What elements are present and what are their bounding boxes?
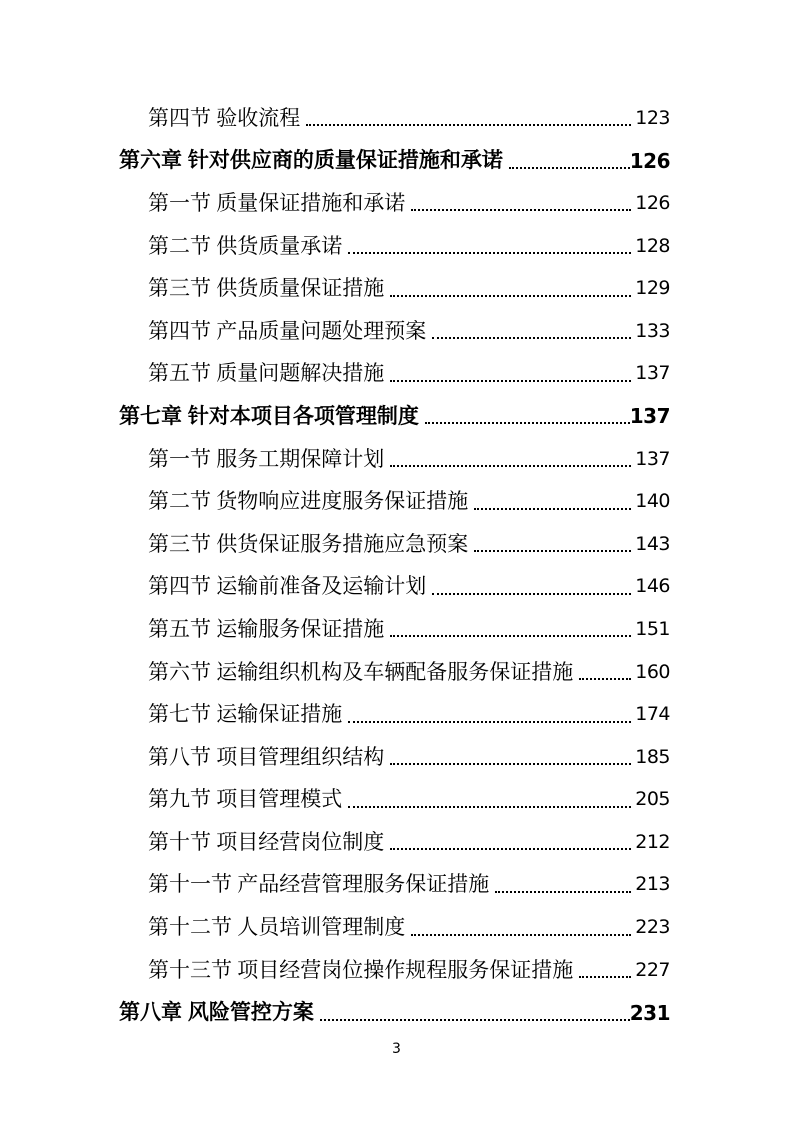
toc-entry-page: 213 xyxy=(635,875,670,894)
dot-leader xyxy=(411,934,631,936)
toc-entry[interactable]: 第六节 运输组织机构及车辆配备服务保证措施 160 xyxy=(119,651,670,694)
toc-entry-label[interactable]: 第十二节 人员培训管理制度 xyxy=(148,917,405,938)
toc-entry[interactable]: 第三节 供货保证服务措施应急预案 143 xyxy=(119,523,670,566)
toc-entry-label[interactable]: 第九节 项目管理模式 xyxy=(148,789,342,810)
dot-leader xyxy=(579,976,631,978)
toc-entry-label[interactable]: 第四节 验收流程 xyxy=(148,108,300,129)
toc-entry-label[interactable]: 第二节 货物响应进度服务保证措施 xyxy=(148,491,468,512)
toc-entry-label[interactable]: 第三节 供货质量保证措施 xyxy=(148,278,384,299)
toc-entry-label[interactable]: 第八章 风险管控方案 xyxy=(119,1002,314,1023)
toc-entry-page: 227 xyxy=(635,961,670,980)
toc-entry-page: 146 xyxy=(635,577,670,596)
toc-entry-page: 137 xyxy=(635,450,670,469)
toc-entry[interactable]: 第二节 货物响应进度服务保证措施 140 xyxy=(119,480,670,523)
toc-entry-label[interactable]: 第一节 服务工期保障计划 xyxy=(148,449,384,470)
footer-page-number: 3 xyxy=(392,1041,401,1057)
toc-entry[interactable]: 第四节 运输前准备及运输计划 146 xyxy=(119,566,670,609)
toc-entry-label[interactable]: 第十三节 项目经营岗位操作规程服务保证措施 xyxy=(148,960,573,981)
toc-entry-label[interactable]: 第八节 项目管理组织结构 xyxy=(148,747,384,768)
toc-entry[interactable]: 第三节 供货质量保证措施 129 xyxy=(119,267,670,310)
toc-entry[interactable]: 第八章 风险管控方案 231 xyxy=(119,991,670,1034)
toc-entry[interactable]: 第十三节 项目经营岗位操作规程服务保证措施 227 xyxy=(119,949,670,992)
toc-entry-page: 185 xyxy=(635,748,670,767)
dot-leader xyxy=(306,124,631,126)
dot-leader xyxy=(390,295,631,297)
dot-leader xyxy=(390,635,631,637)
toc-entry-label[interactable]: 第六节 运输组织机构及车辆配备服务保证措施 xyxy=(148,662,573,683)
toc-entry-page: 123 xyxy=(635,109,670,128)
dot-leader xyxy=(425,422,630,424)
toc-entry[interactable]: 第一节 服务工期保障计划 137 xyxy=(119,438,670,481)
toc-entry[interactable]: 第十节 项目经营岗位制度 212 xyxy=(119,821,670,864)
dot-leader xyxy=(390,848,631,850)
dot-leader xyxy=(432,337,631,339)
toc-entry-page: 137 xyxy=(630,406,670,426)
toc-entry-label[interactable]: 第十节 项目经营岗位制度 xyxy=(148,832,384,853)
toc-entry-page: 126 xyxy=(635,194,670,213)
toc-entry[interactable]: 第七节 运输保证措施 174 xyxy=(119,693,670,736)
toc-entry-page: 160 xyxy=(635,663,670,682)
document-page: 第四节 验收流程 123 第六章 针对供应商的质量保证措施和承诺 126 第一节… xyxy=(0,0,793,1122)
toc-entry-label[interactable]: 第十一节 产品经营管理服务保证措施 xyxy=(148,874,489,895)
toc-entry[interactable]: 第六章 针对供应商的质量保证措施和承诺 126 xyxy=(119,140,670,183)
toc-entry-page: 231 xyxy=(630,1003,670,1023)
toc-entry[interactable]: 第四节 验收流程 123 xyxy=(119,97,670,140)
toc-entry-label[interactable]: 第六章 针对供应商的质量保证措施和承诺 xyxy=(119,150,503,171)
toc-entry-label[interactable]: 第三节 供货保证服务措施应急预案 xyxy=(148,534,468,555)
toc-entry-page: 174 xyxy=(635,705,670,724)
toc-entry[interactable]: 第一节 质量保证措施和承诺 126 xyxy=(119,182,670,225)
toc-entry[interactable]: 第十二节 人员培训管理制度 223 xyxy=(119,906,670,949)
dot-leader xyxy=(390,763,631,765)
dot-leader xyxy=(320,1019,630,1021)
toc-entry[interactable]: 第十一节 产品经营管理服务保证措施 213 xyxy=(119,864,670,907)
toc-entry-page: 205 xyxy=(635,790,670,809)
toc-entry[interactable]: 第九节 项目管理模式 205 xyxy=(119,779,670,822)
dot-leader xyxy=(348,252,631,254)
dot-leader xyxy=(411,209,631,211)
dot-leader xyxy=(390,380,631,382)
table-of-contents: 第四节 验收流程 123 第六章 针对供应商的质量保证措施和承诺 126 第一节… xyxy=(119,97,670,1034)
toc-entry-label[interactable]: 第二节 供货质量承诺 xyxy=(148,236,342,257)
toc-entry-page: 133 xyxy=(635,322,670,341)
dot-leader xyxy=(474,508,631,510)
dot-leader xyxy=(432,593,631,595)
toc-entry-label[interactable]: 第七章 针对本项目各项管理制度 xyxy=(119,406,419,427)
toc-entry-page: 129 xyxy=(635,279,670,298)
page-footer: 3 xyxy=(0,1040,793,1058)
dot-leader xyxy=(509,167,630,169)
toc-entry-page: 126 xyxy=(630,151,670,171)
toc-entry-label[interactable]: 第五节 运输服务保证措施 xyxy=(148,619,384,640)
toc-entry[interactable]: 第七章 针对本项目各项管理制度 137 xyxy=(119,395,670,438)
toc-entry-page: 212 xyxy=(635,833,670,852)
dot-leader xyxy=(474,550,631,552)
toc-entry-page: 223 xyxy=(635,918,670,937)
toc-entry-label[interactable]: 第四节 运输前准备及运输计划 xyxy=(148,576,426,597)
toc-entry-label[interactable]: 第四节 产品质量问题处理预案 xyxy=(148,321,426,342)
toc-entry-page: 128 xyxy=(635,237,670,256)
toc-entry-label[interactable]: 第一节 质量保证措施和承诺 xyxy=(148,193,405,214)
toc-entry-page: 140 xyxy=(635,492,670,511)
toc-entry[interactable]: 第八节 项目管理组织结构 185 xyxy=(119,736,670,779)
dot-leader xyxy=(495,891,631,893)
toc-entry-label[interactable]: 第七节 运输保证措施 xyxy=(148,704,342,725)
toc-entry-label[interactable]: 第五节 质量问题解决措施 xyxy=(148,363,384,384)
toc-entry[interactable]: 第四节 产品质量问题处理预案 133 xyxy=(119,310,670,353)
toc-entry[interactable]: 第五节 质量问题解决措施 137 xyxy=(119,353,670,396)
dot-leader xyxy=(390,465,631,467)
toc-entry[interactable]: 第五节 运输服务保证措施 151 xyxy=(119,608,670,651)
toc-entry-page: 151 xyxy=(635,620,670,639)
toc-entry[interactable]: 第二节 供货质量承诺 128 xyxy=(119,225,670,268)
toc-entry-page: 137 xyxy=(635,364,670,383)
toc-entry-page: 143 xyxy=(635,535,670,554)
dot-leader xyxy=(348,721,631,723)
dot-leader xyxy=(348,806,631,808)
dot-leader xyxy=(579,678,631,680)
